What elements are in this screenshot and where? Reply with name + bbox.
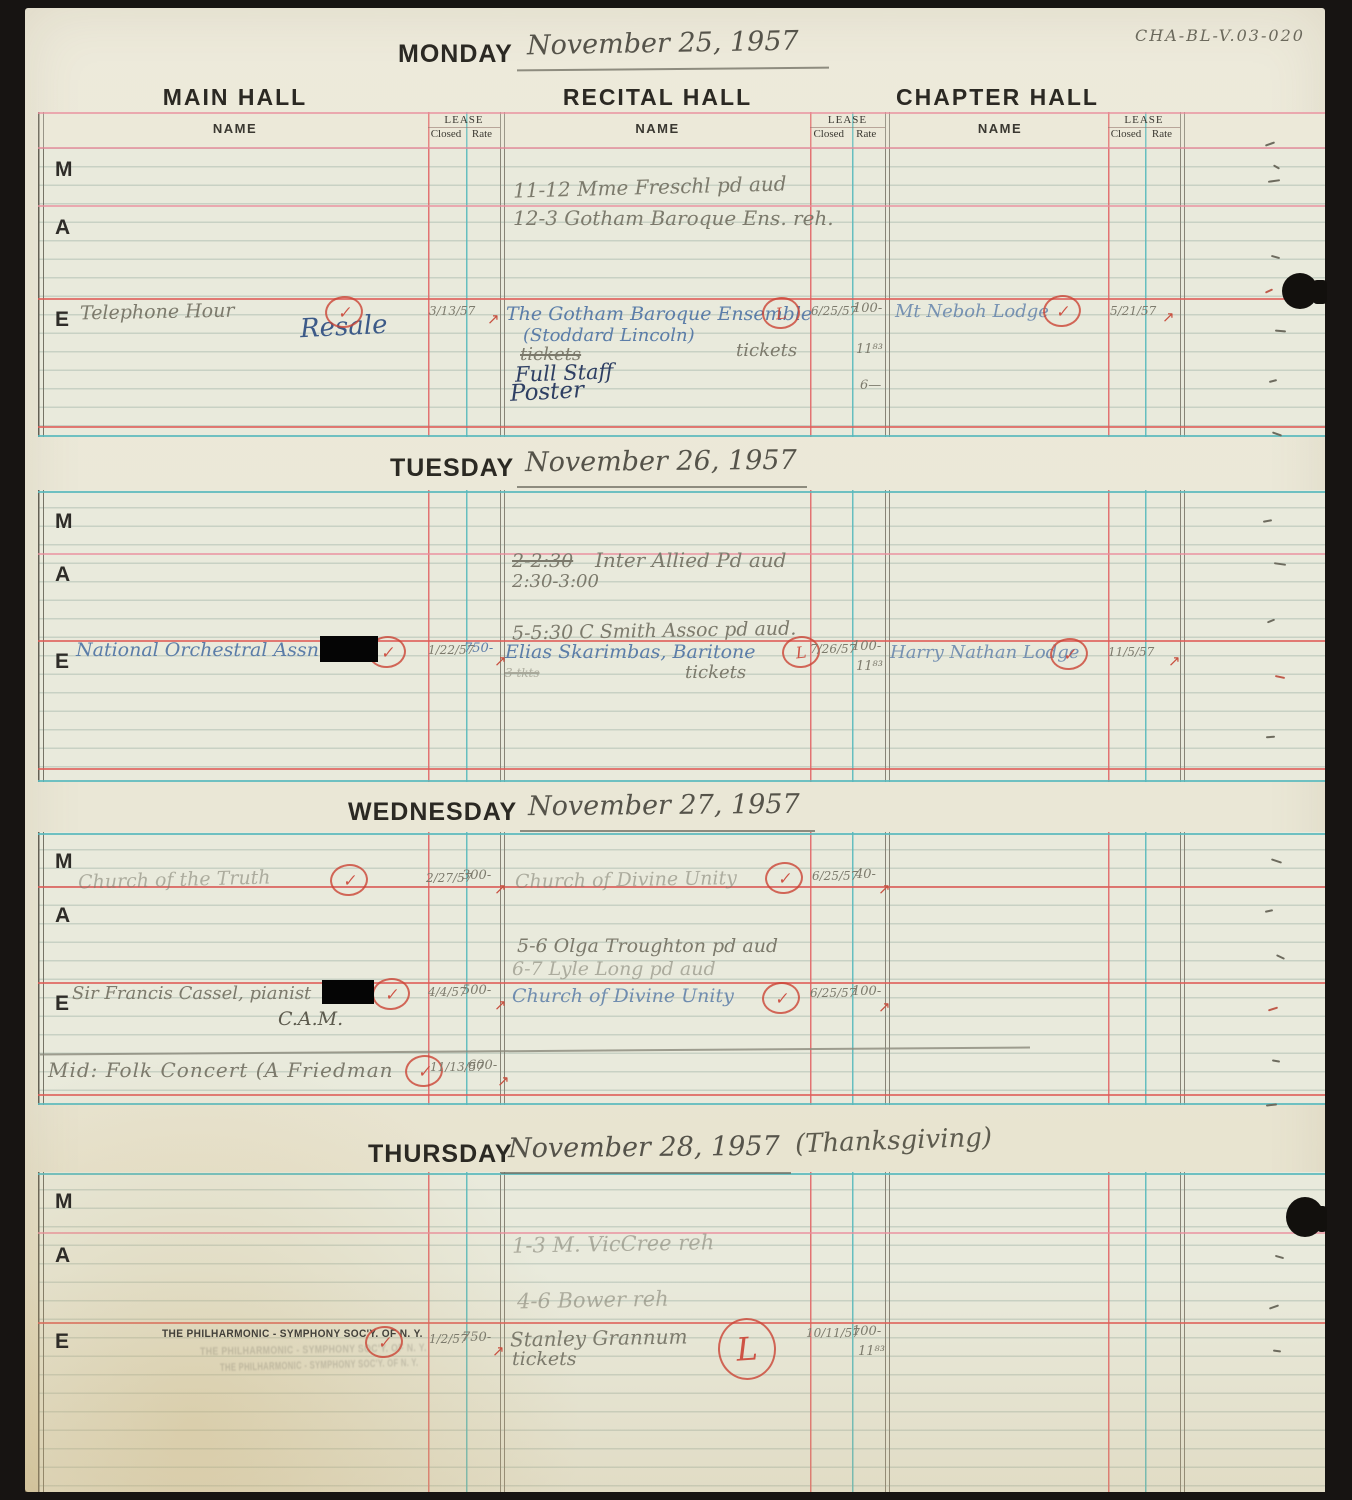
date-underline [517,67,829,71]
day-date: November 27, 1957 [528,789,800,822]
rule-line [38,491,1325,493]
day-label: MONDAY [398,40,513,69]
entry-main-evening-rate: 750- [464,641,493,656]
lease-label: LEASE [428,114,500,128]
date-underline [501,1172,791,1174]
row-label-afternoon: A [55,563,70,587]
red-arrow-icon: ↗ [497,1072,510,1090]
row-label-morning: M [55,510,73,534]
lease-label: LEASE [810,114,885,128]
row-label-afternoon: A [55,904,70,928]
entry-main-evening-sub: C.A.M. [278,1008,343,1030]
entry-recital-pm: 5-6 Olga Troughton pd aud [517,935,778,957]
redaction-box [320,636,378,662]
closed-label: Closed [428,128,464,140]
entry-recital-morning-name: Church of Divine Unity [515,867,737,893]
entry-struck-note: 3 tkts [505,666,540,680]
row-label-afternoon: A [55,1244,70,1268]
column-header-name: NAME [135,121,335,136]
red-arrow-icon: ↗ [492,1342,505,1360]
entry-recital-evening-closed: 7/26/57 [810,642,856,656]
lease-header: LEASE Closed Rate [810,114,885,140]
closed-label: Closed [1108,128,1144,140]
day-note: (Thanksgiving) [795,1123,993,1160]
date-underline [520,830,815,832]
row-label-evening: E [55,650,69,674]
entry-recital-evening-name: Elias Skarimbas, Baritone [505,641,756,663]
lease-label: LEASE [1108,114,1180,128]
entry-recital-evening-name: Church of Divine Unity [512,985,734,1007]
entry-recital-morning-closed: 6/25/57 [812,869,858,883]
rate-label: Rate [464,128,500,140]
entry-recital-evening-amount: 11⁸³ [858,1344,885,1359]
day-date: November 26, 1957 [525,445,797,478]
entry-recital-afternoon-time: 2:30-3:00 [512,571,599,592]
row-label-morning: M [55,850,73,874]
red-arrow-icon: ↗ [494,996,507,1014]
red-arrow-icon: ↗ [1162,308,1175,326]
entry-recital-evening-amount: 11⁸³ [856,342,883,357]
red-arrow-icon: ↗ [878,998,891,1016]
entry-recital-am: 4-6 Bower reh [517,1287,669,1314]
day-label: WEDNESDAY [348,798,517,827]
red-arrow-icon: ↗ [487,310,500,328]
closed-label: Closed [810,128,848,140]
day-label: TUESDAY [390,454,514,483]
hall-title-main: MAIN HALL [125,84,345,111]
hall-title-chapter: CHAPTER HALL [885,84,1110,111]
row-label-morning: M [55,1190,73,1214]
column-header-name: NAME [550,121,765,136]
row-label-evening: E [55,1330,69,1354]
red-arrow-icon: ↗ [494,880,507,898]
entry-tickets: tickets [685,662,746,683]
entry-main-evening-rate: 750- [462,1330,491,1345]
monday-grid-lines [38,112,1325,437]
rule-line [38,147,1325,149]
day-date: November 25, 1957 [527,26,799,62]
entry-extra-name: Mid: Folk Concert (A Friedman [48,1058,394,1082]
entry-chapter-evening-closed: 11/5/57 [1108,645,1154,659]
ledger-page: CHA-BL-V.03-020 MONDAY November 25, 1957… [25,8,1325,1492]
hall-title-recital: RECITAL HALL [545,84,770,111]
hole-punch-notch [1313,280,1327,304]
rule-line [38,1103,1325,1105]
entry-recital-evening-closed: 6/25/57 [811,304,857,318]
rate-label: Rate [1144,128,1180,140]
entry-tickets: tickets [736,340,797,361]
rule-line [38,426,1325,428]
entry-main-evening-name: Sir Francis Cassel, pianist [72,983,311,1004]
redaction-box [322,980,374,1004]
entry-main-evening-rate: 500- [462,983,491,998]
day-label: THURSDAY [368,1140,513,1169]
entry-recital-evening-rate: 100- [852,1324,881,1339]
entry-recital-evening-rate: 100- [852,984,881,999]
rate-label: Rate [848,128,886,140]
entry-recital-afternoon: Inter Allied Pd aud [595,548,786,572]
entry-poster: Poster [509,377,584,407]
entry-chapter-evening-closed: 5/21/57 [1110,304,1156,318]
entry-main-evening-closed: 3/13/57 [429,304,475,318]
archive-reference: CHA-BL-V.03-020 [1135,26,1305,45]
entry-recital-evening-closed: 6/25/57 [810,986,856,1000]
row-label-morning: M [55,158,73,182]
rule-line [38,780,1325,782]
entry-recital-am: 1-3 M. VicCree reh [512,1230,715,1258]
row-label-evening: E [55,992,69,1016]
entry-main-morning-rate: 300- [462,868,491,883]
rule-line [38,833,1325,835]
rule-line [38,1322,1325,1324]
red-arrow-icon: ↗ [878,880,891,898]
hole-punch-notch [1317,1206,1327,1232]
lease-header: LEASE Closed Rate [1108,114,1180,140]
row-label-afternoon: A [55,216,70,240]
entry-main-evening-closed: 4/4/57 [428,985,467,999]
entry-recital-evening-amount2: 6— [860,378,881,393]
entry-chapter-evening-name: Mt Neboh Lodge [895,301,1049,322]
column-header-name: NAME [905,121,1095,136]
rule-line [38,435,1325,437]
entry-recital-evening-sub: (Stoddard Lincoln) [523,325,695,346]
entry-recital-afternoon-time-struck: 2-2:30 [512,550,573,572]
entry-recital-evening-rate: 100- [852,639,881,654]
lease-header: LEASE Closed Rate [428,114,500,140]
entry-recital-evening-amount: 11⁸³ [856,659,883,674]
entry-extra-rate: 600- [468,1058,497,1073]
day-date: November 28, 1957 [508,1131,780,1164]
entry-main-evening-name: Telephone Hour [80,300,235,325]
entry-recital-morning-rate: 40- [855,867,876,882]
entry-recital-am: 12-3 Gotham Baroque Ens. reh. [513,206,834,230]
date-underline [517,486,807,488]
entry-recital-pm: 6-7 Lyle Long pd aud [512,958,716,980]
red-arrow-icon: ↗ [1168,652,1181,670]
rule-line [38,1094,1325,1096]
entry-tickets: tickets [512,1348,577,1370]
rule-line [38,768,1325,770]
entry-recital-evening-rate: 100- [853,301,882,316]
row-label-evening: E [55,308,69,332]
entry-main-evening-name: National Orchestral Assn [76,639,319,661]
